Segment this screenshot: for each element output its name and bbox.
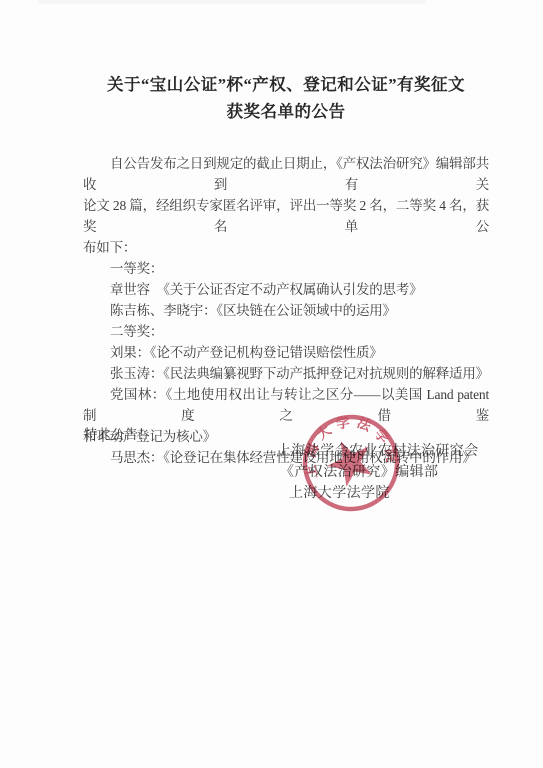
body-line: 章世容 《关于公证否定不动产权属确认引发的思考》 — [83, 279, 489, 300]
body-line: 二等奖： — [83, 321, 489, 342]
title-line-1: 关于“宝山公证”杯“产权、登记和公证”有奖征文 — [83, 72, 489, 99]
body-line: 陈吉栋、李晓宇：《区块链在公证领域中的运用》 — [83, 300, 489, 321]
document-body: 自公告发布之日到规定的截止日期止，《产权法治研究》编辑部共收到有关论文 28 篇… — [83, 153, 489, 468]
body-line: 一等奖： — [83, 258, 489, 279]
scanned-announcement-page: 关于“宝山公证”杯“产权、登记和公证”有奖征文 获奖名单的公告 自公告发布之日到… — [0, 0, 543, 768]
body-line: 张玉涛：《民法典编纂视野下动产抵押登记对抗规则的解释适用》 — [83, 363, 489, 384]
body-line: 党国林：《土地使用权出让与转让之区分——以美国 Land patent 制度之借… — [83, 384, 489, 426]
document-title: 关于“宝山公证”杯“产权、登记和公证”有奖征文 获奖名单的公告 — [83, 72, 489, 125]
body-line: 布如下： — [83, 237, 489, 258]
closing-statement: 特此公告！ — [84, 423, 152, 443]
body-line: 刘果：《论不动产登记机构登记错误赔偿性质》 — [83, 342, 489, 363]
title-line-2: 获奖名单的公告 — [83, 99, 489, 126]
scan-artifact — [38, 0, 426, 4]
body-line: 自公告发布之日到规定的截止日期止，《产权法治研究》编辑部共收到有关 — [83, 153, 489, 195]
seal-star — [325, 439, 373, 488]
official-seal: 上海大学法学院 — [295, 407, 408, 520]
body-line: 论文 28 篇，经组织专家匿名评审，评出一等奖 2 名，二等奖 4 名，获奖名单… — [83, 195, 489, 237]
